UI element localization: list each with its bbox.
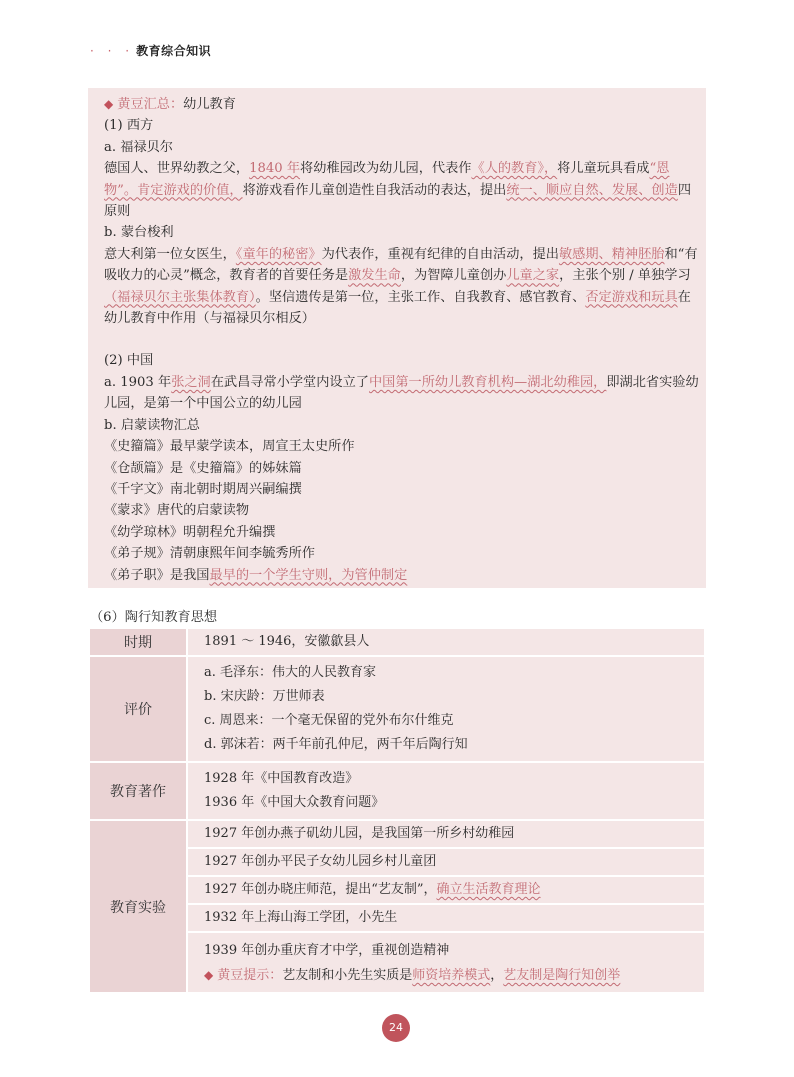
- text: ，: [490, 968, 503, 983]
- row-value: a. 毛泽东：伟大的人民教育家 b. 宋庆龄：万世师表 c. 周恩来：一个毫无保…: [187, 656, 705, 762]
- reader-item: 《仓颉篇》是《史籀篇》的姊妹篇: [104, 458, 700, 479]
- highlight: 《童年的秘密》: [236, 247, 322, 262]
- highlight: 统一、顺应自然、发展、创造: [506, 183, 677, 198]
- text: 德国人、世界幼教之父，: [104, 161, 249, 176]
- diamond-icon: ◆: [204, 968, 213, 982]
- tao-table: 时期 1891 ～ 1946，安徽歙县人 评价 a. 毛泽东：伟大的人民教育家 …: [88, 627, 706, 994]
- experiment-item: 1932 年上海山海工学团，小先生: [187, 904, 705, 932]
- table-row: 教育著作 1928 年《中国教育改造》 1936 年《中国大众教育问题》: [89, 762, 705, 820]
- summary-box: ◆黄豆汇总：幼儿教育 (1) 西方 a. 福禄贝尔 德国人、世界幼教之父，184…: [88, 88, 706, 588]
- row-key: 时期: [89, 628, 187, 656]
- text: a. 1903 年: [104, 375, 171, 390]
- experiment-item: 1927 年创办平民子女幼儿园乡村儿童团: [187, 848, 705, 876]
- row-key: 教育实验: [89, 820, 187, 993]
- evaluation-item: c. 周恩来：一个毫无保留的党外布尔什维克: [204, 709, 704, 733]
- row-value: 1928 年《中国教育改造》 1936 年《中国大众教育问题》: [187, 762, 705, 820]
- text: 在武昌寻常小学堂内设立了: [211, 375, 369, 390]
- text: 艺友制和小先生实质是: [282, 968, 412, 983]
- page-number-badge: 24: [382, 1014, 410, 1042]
- reader-item: 《弟子职》是我国最早的一个学生守则，为管仲制定: [104, 565, 700, 586]
- reader-item: 《史籀篇》最早蒙学读本，周宣王太史所作: [104, 436, 700, 457]
- highlight: 确立生活教育理论: [437, 882, 541, 897]
- evaluation-item: a. 毛泽东：伟大的人民教育家: [204, 661, 704, 685]
- header-dots: · · ·: [90, 44, 134, 58]
- west-heading: (1) 西方: [104, 115, 700, 136]
- reader-item: 《千字文》南北朝时期周兴嗣编撰: [104, 479, 700, 500]
- text: 1939 年创办重庆育才中学，重视创造精神: [204, 939, 704, 963]
- highlight: 否定游戏和玩具: [585, 290, 677, 305]
- row-key: 评价: [89, 656, 187, 762]
- evaluation-item: b. 宋庆龄：万世师表: [204, 685, 704, 709]
- froebel-label: a. 福禄贝尔: [104, 137, 700, 158]
- row-key: 教育著作: [89, 762, 187, 820]
- text: 将儿童玩具看成: [557, 161, 649, 176]
- tip-tag: 黄豆提示：: [217, 968, 282, 983]
- summary-topic: 幼儿教育: [183, 97, 236, 112]
- work-item: 1928 年《中国教育改造》: [204, 767, 704, 791]
- montessori-text: 意大利第一位女医生，《童年的秘密》为代表作，重视有纪律的自由活动，提出敏感期、精…: [104, 244, 700, 330]
- text: ，为智障儿童创办: [401, 268, 507, 283]
- text: 1927 年创办晓庄师范，提出“艺友制”，: [204, 882, 437, 897]
- table-row: 教育实验 1927 年创办燕子矶幼儿园，是我国第一所乡村幼稚园: [89, 820, 705, 848]
- running-header: · · ·教育综合知识: [90, 42, 211, 59]
- china-a-text: a. 1903 年张之洞在武昌寻常小学堂内设立了中国第一所幼儿教育机构—湖北幼稚…: [104, 372, 700, 415]
- text: 将游戏看作儿童创造性自我活动的表达，提出: [243, 183, 507, 198]
- highlight: （福禄贝尔主张集体教育）: [104, 290, 256, 305]
- text: 。坚信遗传是第一位，主张工作、自我教育、感官教育、: [256, 290, 586, 305]
- header-title: 教育综合知识: [136, 44, 211, 58]
- experiment-item: 1939 年创办重庆育才中学，重视创造精神 ◆黄豆提示：艺友制和小先生实质是师资…: [187, 932, 705, 993]
- text: 为代表作，重视有纪律的自由活动，提出: [322, 247, 559, 262]
- table-row: 评价 a. 毛泽东：伟大的人民教育家 b. 宋庆龄：万世师表 c. 周恩来：一个…: [89, 656, 705, 762]
- text: 意大利第一位女医生，: [104, 247, 236, 262]
- china-heading: (2) 中国: [104, 350, 700, 371]
- highlight: 儿童之家: [506, 268, 559, 283]
- montessori-label: b. 蒙台梭利: [104, 222, 700, 243]
- highlight: 1840 年: [249, 161, 300, 176]
- diamond-icon: ◆: [104, 97, 113, 111]
- highlight: 敏感期、精神胚胎: [559, 247, 665, 262]
- highlight: 中国第一所幼儿教育机构—湖北幼稚园，: [369, 375, 606, 390]
- work-item: 1936 年《中国大众教育问题》: [204, 791, 704, 815]
- highlight: 激发生命: [348, 268, 401, 283]
- evaluation-item: d. 郭沫若：两千年前孔仲尼，两千年后陶行知: [204, 733, 704, 757]
- row-value: 1891 ～ 1946，安徽歙县人: [187, 628, 705, 656]
- reader-item: 《蒙求》唐代的启蒙读物: [104, 500, 700, 521]
- tip: ◆黄豆提示：艺友制和小先生实质是师资培养模式，艺友制是陶行知创举: [204, 963, 704, 988]
- section-title: （6）陶行知教育思想: [90, 606, 217, 625]
- experiment-item: 1927 年创办晓庄师范，提出“艺友制”，确立生活教育理论: [187, 876, 705, 904]
- reader-item: 《幼学琼林》明朝程允升编撰: [104, 522, 700, 543]
- highlight: 张之洞: [171, 375, 211, 390]
- highlight: 《人的教育》，: [471, 161, 557, 176]
- froebel-text: 德国人、世界幼教之父，1840 年将幼稚园改为幼儿园，代表作《人的教育》，将儿童…: [104, 158, 700, 222]
- text: ，主张个别 / 单独学习: [559, 268, 691, 283]
- highlight: 艺友制是陶行知创举: [503, 968, 620, 983]
- text: 将幼稚园改为幼儿园，代表作: [300, 161, 471, 176]
- reader-item: 《弟子规》清朝康熙年间李毓秀所作: [104, 543, 700, 564]
- experiment-item: 1927 年创办燕子矶幼儿园，是我国第一所乡村幼稚园: [187, 820, 705, 848]
- highlight: 最早的一个学生守则，为管仲制定: [210, 568, 408, 583]
- summary-tag: 黄豆汇总：: [117, 97, 183, 112]
- table-row: 时期 1891 ～ 1946，安徽歙县人: [89, 628, 705, 656]
- summary-title: ◆黄豆汇总：幼儿教育: [104, 94, 700, 115]
- text: 《弟子职》是我国: [104, 568, 210, 583]
- china-b-label: b. 启蒙读物汇总: [104, 415, 700, 436]
- highlight: 师资培养模式: [412, 968, 490, 983]
